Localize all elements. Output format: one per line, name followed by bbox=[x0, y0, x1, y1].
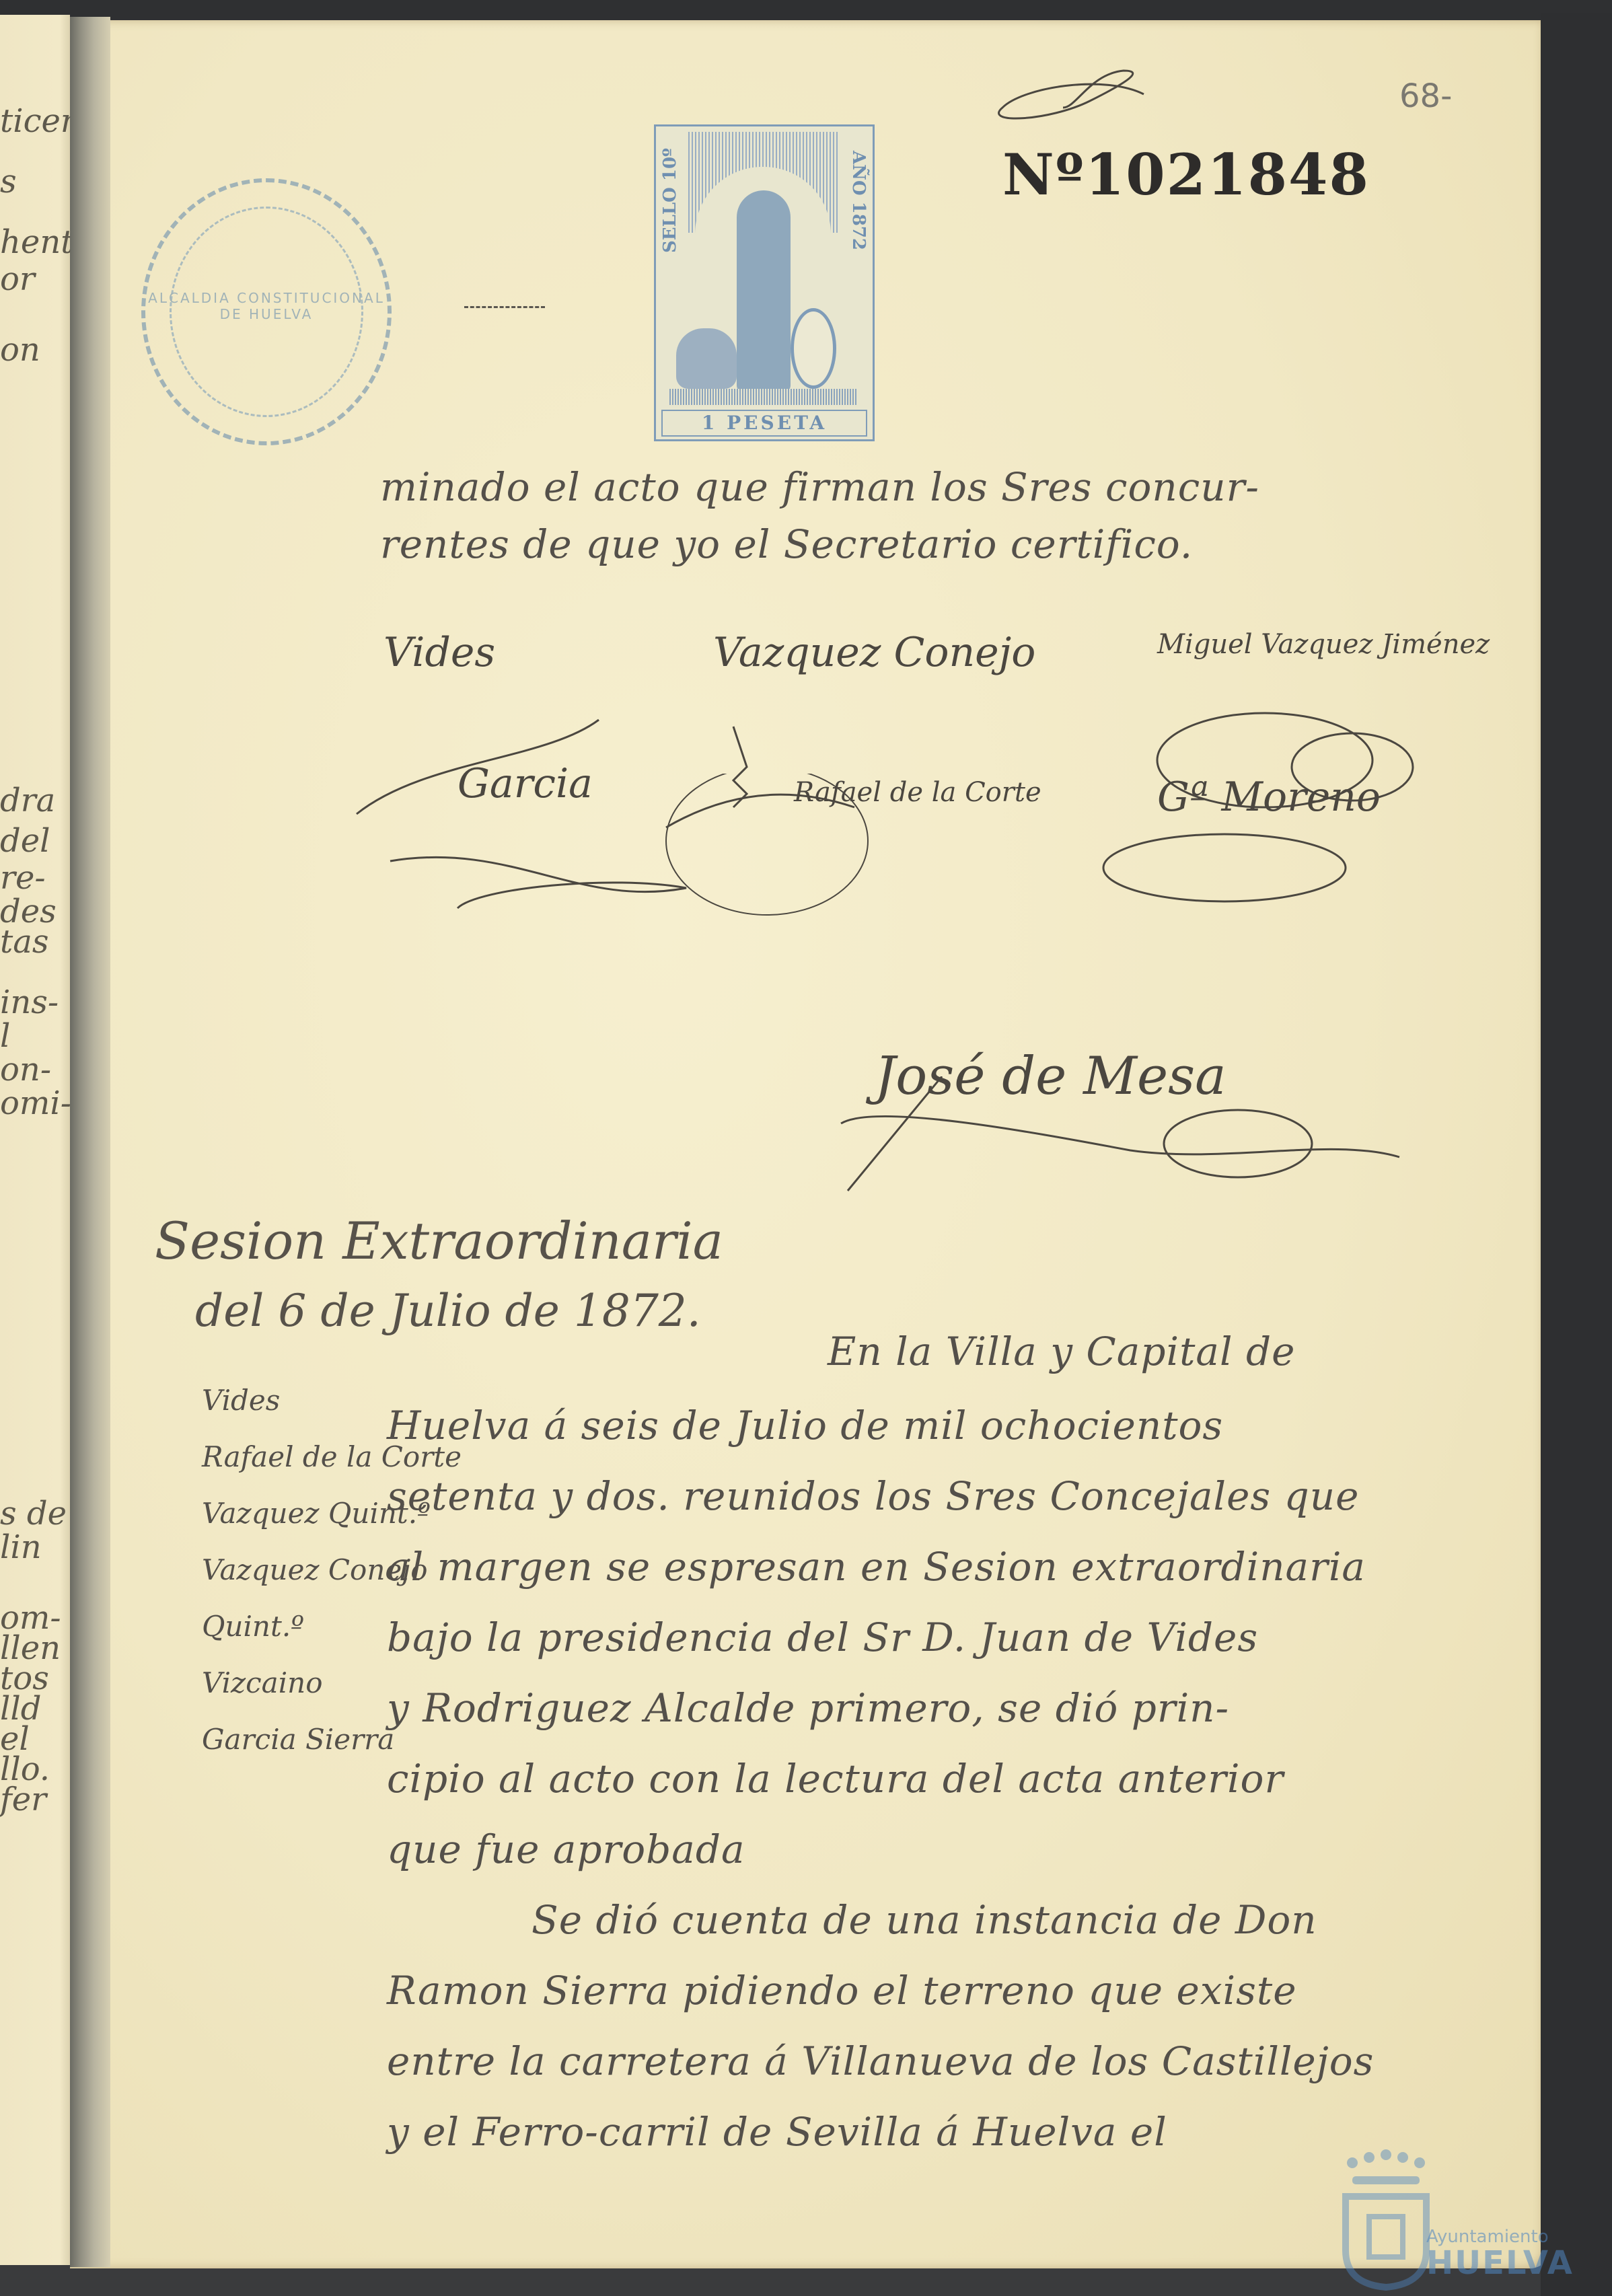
body-line: Huelva á seis de Julio de mil ochociento… bbox=[387, 1403, 1223, 1448]
facing-page-edge: ticen s hent. or on dra del re- des tas … bbox=[0, 15, 70, 2265]
seal-text: ALCALDIA CONSTITUCIONAL DE HUELVA bbox=[145, 290, 388, 322]
fragment: fer bbox=[0, 1781, 46, 1818]
closing-line-2: rentes de que yo el Secretario certifico… bbox=[380, 521, 1193, 567]
stamp-base bbox=[669, 389, 858, 405]
fragment: on- bbox=[0, 1051, 51, 1088]
huelva-coat-of-arms-icon bbox=[1339, 2149, 1433, 2291]
lion-icon bbox=[676, 328, 737, 389]
stamp-right-label: AÑO 1872 bbox=[842, 133, 869, 268]
folio-number: 68- bbox=[1399, 77, 1452, 115]
session-title: Sesion Extraordinaria bbox=[155, 1211, 723, 1271]
body-line: que fue aprobada bbox=[387, 1826, 745, 1872]
shield-icon bbox=[791, 308, 836, 389]
fragment: on bbox=[0, 331, 40, 369]
fragment: del bbox=[0, 822, 50, 860]
body-line: y el Ferro-carril de Sevilla á Huelva el bbox=[387, 2109, 1167, 2155]
stamp-left-label: SELLO 10º bbox=[660, 133, 687, 268]
fragment: ins- bbox=[0, 984, 59, 1021]
body-line: al margen se espresan en Sesion extraord… bbox=[387, 1544, 1366, 1590]
fragment: or bbox=[0, 260, 35, 298]
fragment: re- bbox=[0, 859, 46, 897]
serial-number: Nº1021848 bbox=[1002, 141, 1370, 208]
fragment: dra bbox=[0, 782, 55, 819]
body-line: cipio al acto con la lectura del acta an… bbox=[387, 1756, 1284, 1802]
book-gutter bbox=[70, 17, 110, 2267]
body-line: setenta y dos. reunidos los Sres Conceja… bbox=[387, 1473, 1359, 1519]
body-line: Se dió cuenta de una instancia de Don bbox=[532, 1897, 1317, 1943]
body-line: y Rodriguez Alcalde primero, se dió prin… bbox=[387, 1685, 1229, 1731]
revenue-stamp: SELLO 10º AÑO 1872 1 PESETA bbox=[654, 124, 875, 441]
allegorical-figure-icon bbox=[737, 190, 791, 392]
closing-line-1: minado el acto que firman los Sres concu… bbox=[380, 464, 1259, 510]
signature-flourishes-2-icon bbox=[377, 774, 1521, 928]
secretary-flourish-icon bbox=[821, 1076, 1426, 1197]
fragment: s de bbox=[0, 1495, 67, 1532]
watermark-text: Ayuntamiento HUELVA bbox=[1426, 2227, 1574, 2282]
signature-vides: Vides bbox=[383, 629, 495, 676]
fragment: l bbox=[0, 1017, 10, 1055]
body-line: Ramon Sierra pidiendo el terreno que exi… bbox=[387, 1968, 1297, 2013]
fragment: lin bbox=[0, 1528, 42, 1566]
fragment: hent. bbox=[0, 223, 70, 261]
fragment: ticen bbox=[0, 102, 70, 140]
signature-vazquez-conejo: Vazquez Conejo bbox=[713, 629, 1035, 676]
signature-miguel-vazquez: Miguel Vazquez Jiménez bbox=[1157, 629, 1490, 660]
stamp-value: 1 PESETA bbox=[661, 410, 867, 437]
fragment: s bbox=[0, 163, 17, 200]
body-line: bajo la presidencia del Sr D. Juan de Vi… bbox=[387, 1615, 1258, 1660]
fragment: omi- bbox=[0, 1084, 70, 1122]
body-line: En la Villa y Capital de bbox=[828, 1329, 1295, 1374]
dash-line bbox=[464, 306, 545, 308]
fragment: tas bbox=[0, 923, 49, 961]
watermark-line2: HUELVA bbox=[1426, 2244, 1574, 2282]
municipal-seal: ALCALDIA CONSTITUCIONAL DE HUELVA bbox=[141, 178, 392, 445]
body-line: entre la carretera á Villanueva de los C… bbox=[387, 2038, 1374, 2084]
scan-background-right bbox=[1541, 13, 1612, 2296]
session-date: del 6 de Julio de 1872. bbox=[195, 1285, 701, 1337]
flourish-icon bbox=[969, 67, 1184, 148]
